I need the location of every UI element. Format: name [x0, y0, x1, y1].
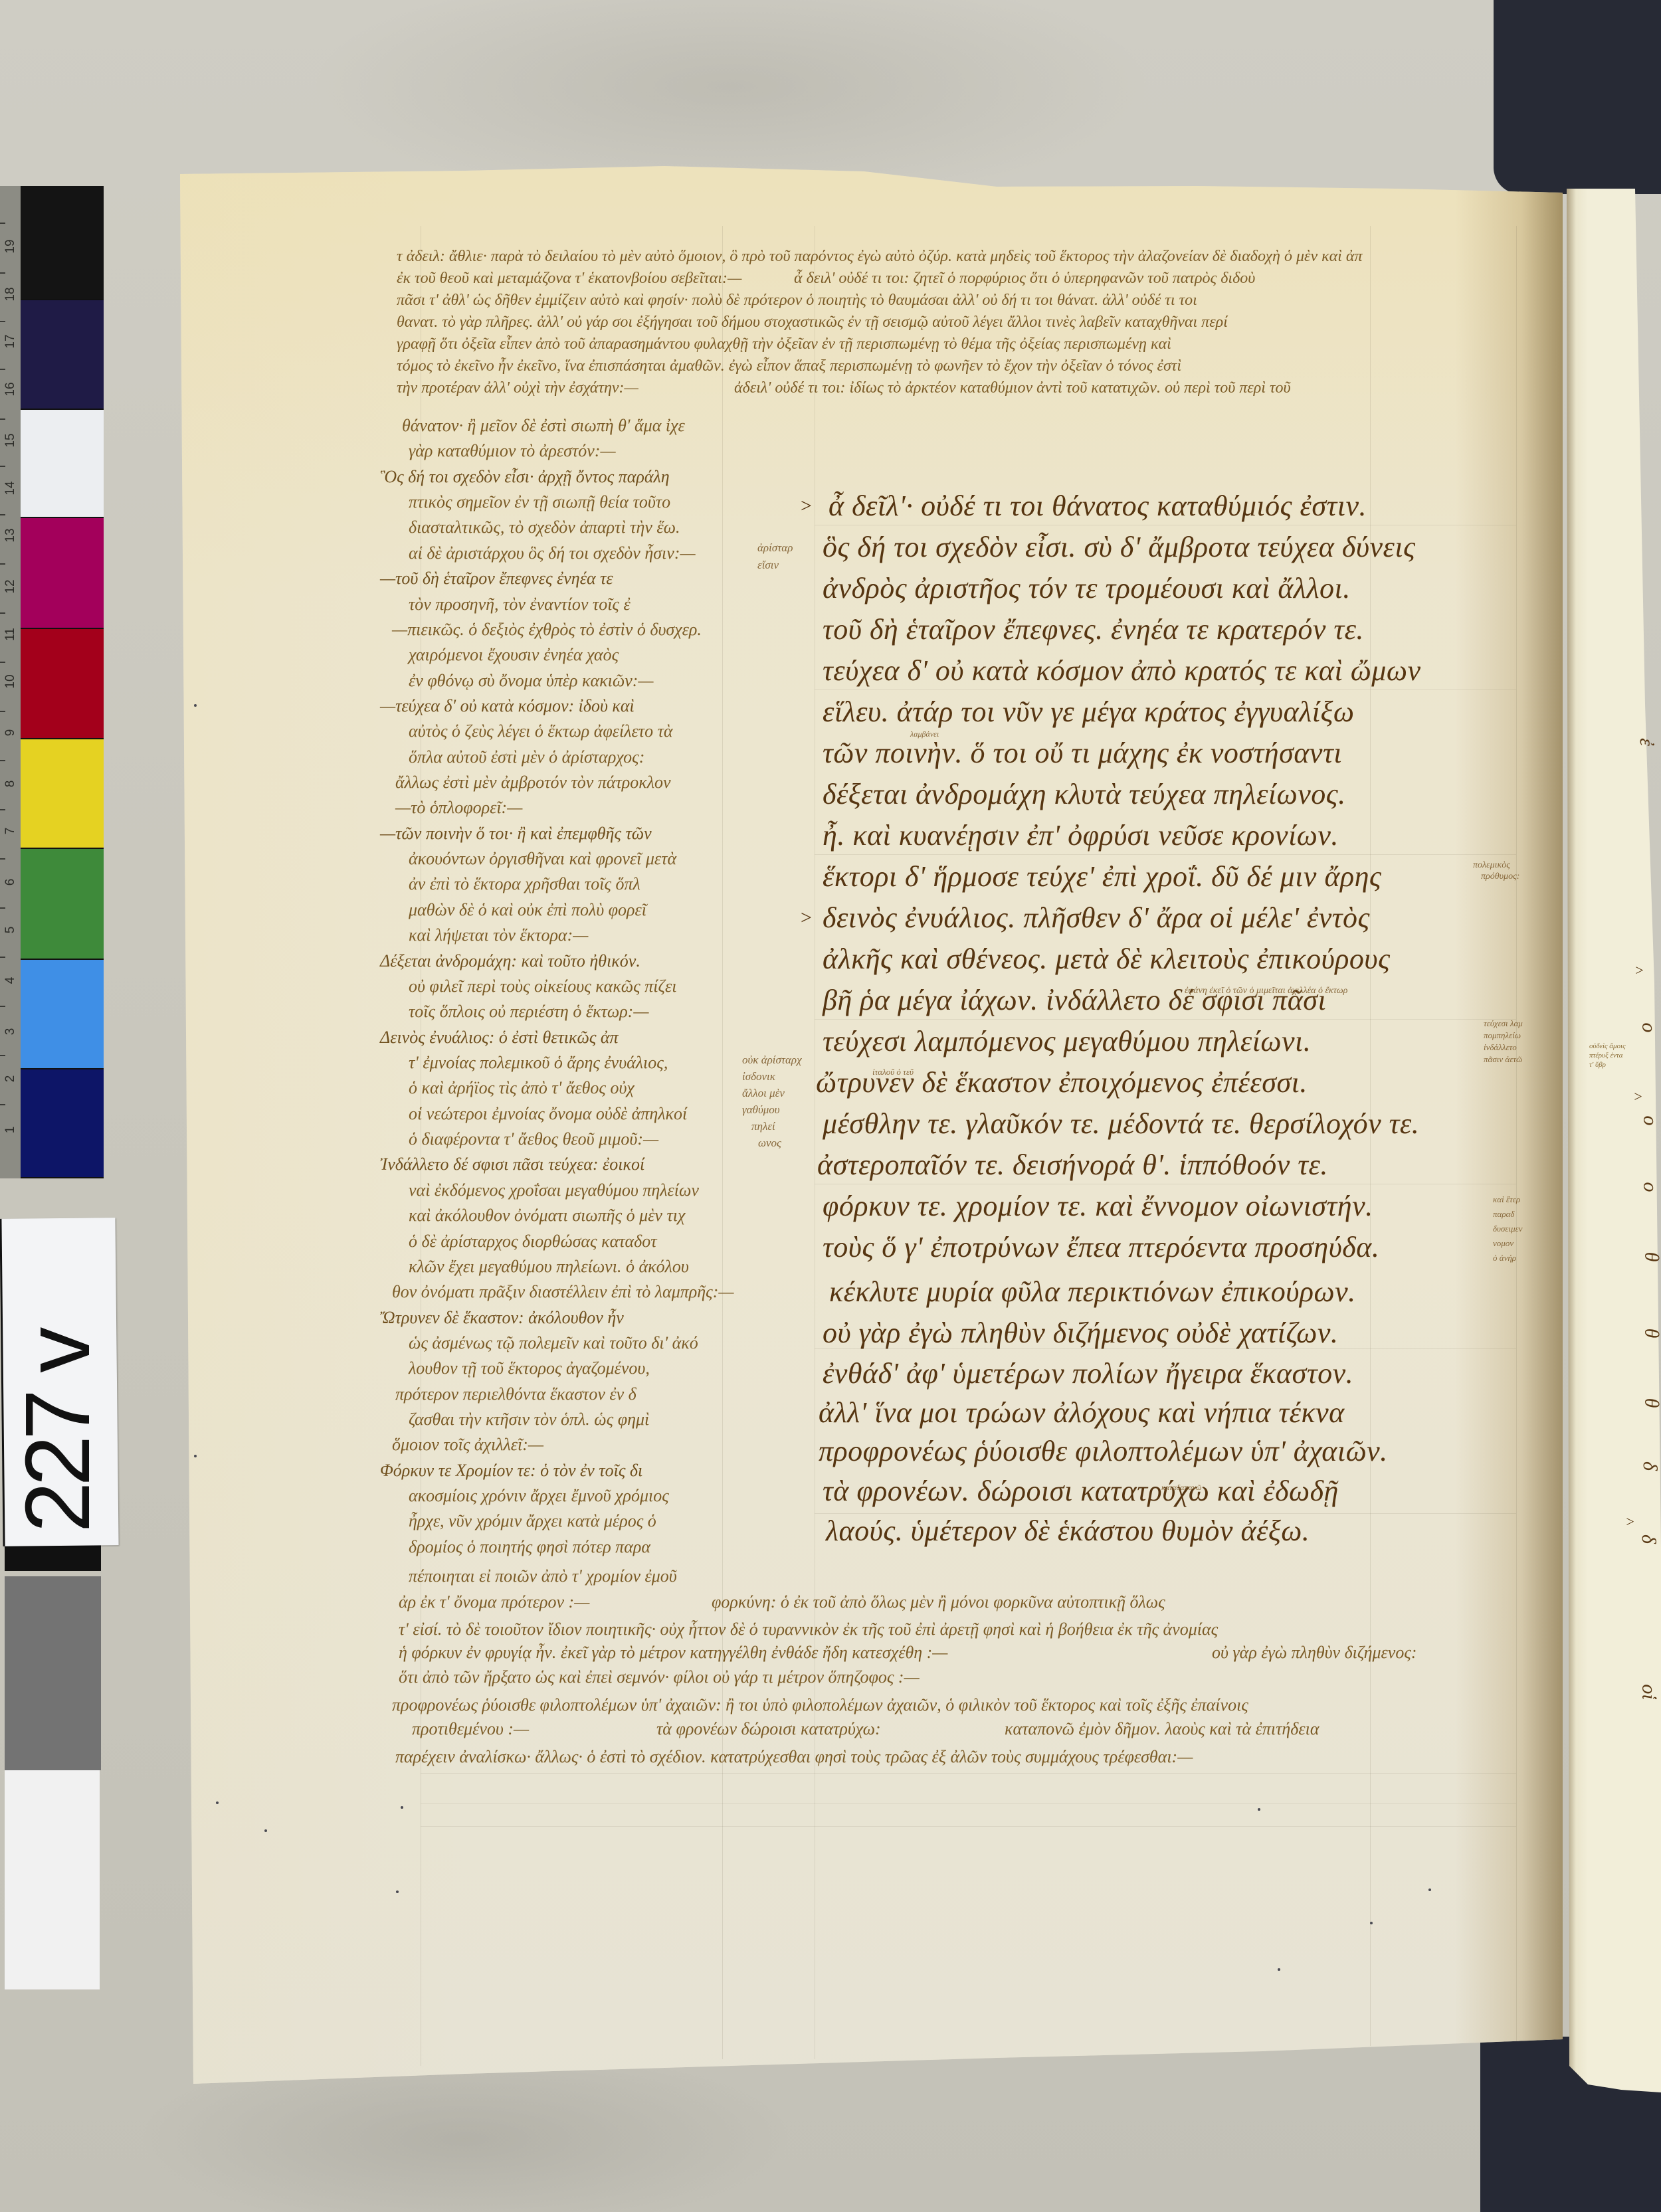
verse-line: μέσθλην τε. γλαῦκόν τε. μέδοντά τε. θερσ… [823, 1107, 1419, 1141]
scholia-line: αἱ δὲ ἀριστάρχου ὃς δή τοι σχεδὸν ἧσιν:— [372, 541, 733, 566]
interlinear-gloss: λαμβάνει [910, 729, 939, 739]
scholia-line: ὁ δὲ ἀρίσταρχος διορθώσας καταδοτ [372, 1229, 733, 1254]
scholia-lemma: —τεύχεα δ' οὐ κατὰ κόσμον: ἰδοὺ καὶ [372, 693, 733, 719]
next-leaf-marker: > [1634, 962, 1644, 979]
ruling-line [815, 525, 1516, 525]
scholia-line: —τὸ ὁπλοφορεῖ:— [372, 795, 733, 820]
ruler-number: 16 [4, 375, 17, 404]
ruler-number: 13 [4, 521, 17, 550]
pricking-dot [264, 1829, 267, 1832]
verse-line: τεύχεσι λαμπόμενος μεγαθύμου πηλείωνι. [823, 1025, 1311, 1058]
verse-line: ἀλλ' ἵνα μοι τρώων ἀλόχους καὶ νήπια τέκ… [819, 1396, 1345, 1429]
ruling-line [815, 226, 815, 2059]
gloss-line: πομπηλείω [1484, 1030, 1523, 1042]
ruling-line [1516, 226, 1517, 2046]
verse-line: τοῦ δὴ ἑταῖρον ἔπεφνες. ἐνηέα τε κρατερό… [823, 613, 1364, 646]
pricking-dot [194, 1455, 197, 1457]
next-leaf-fragment: οἱ [1638, 1684, 1660, 1699]
scholia-lemma: ἀδειλ' οὐδέ τι τοι: ἰδίως τὸ ἀρκτέον κατ… [734, 377, 1291, 399]
scholia-line: καὶ λήψεται τὸν ἕκτορα:— [372, 923, 733, 948]
scholia-lemma: τὰ φρονέων δώροισι κατατρύχω: [656, 1718, 881, 1740]
pricking-dot [1370, 1922, 1373, 1924]
verse-line: ἐνθάδ' ἀφ' ὑμετέρων πολίων ἤγειρα ἕκαστο… [823, 1357, 1353, 1390]
verse-line: ἕκτορι δ' ἥρμοσε τεύχε' ἐπὶ χροΐ. δῦ δέ … [823, 860, 1381, 893]
next-leaf-fragment: θ [1640, 1252, 1661, 1262]
ruler-number: 5 [4, 915, 17, 945]
gray-card-black-band [5, 1543, 101, 1571]
verse-line: οὐ γὰρ ἐγὼ πληθὺν διζήμενος οὐδὲ χατίζων… [823, 1317, 1338, 1350]
ruler-tick [0, 466, 5, 467]
scholia-line: τὴν προτέραν ἀλλ' οὐχὶ τὴν ἐσχάτην:—ἀδει… [397, 377, 1363, 399]
ruler-number: 1 [4, 1115, 17, 1145]
ruler-number: 14 [4, 474, 17, 503]
ruler-number: 15 [4, 426, 17, 455]
scholia-line: οὐ φιλεῖ περὶ τοὺς οἰκείους κακῶς πίζει [372, 974, 733, 999]
patch-red [21, 629, 104, 739]
scholia-line: αὐτὸς ὁ ζεὺς λέγει ὁ ἕκτωρ ἀφείλετο τὰ [372, 719, 733, 744]
next-leaf-gloss: οὐδεὶς ἄμοις πτέρυξ ἐντα τ' ὕβρ [1589, 1042, 1626, 1069]
scholia-line: ἀρ ἐκ τ' ὄνομα πρότερον :— [399, 1591, 589, 1613]
verse-line: ἀστεροπαῖόν τε. δεισήνορά θ'. ἱππόθοόν τ… [817, 1149, 1328, 1182]
scholia-lemma: Ἰνδάλλετο δέ σφισι πᾶσι τεύχεα: ἐοικοί [372, 1152, 733, 1177]
ruler-number: 4 [4, 966, 17, 995]
scholia-text: γραφῇ ὅτι ὀξεῖα εἶπεν ἀπὸ τοῦ ἀπαρασημάν… [397, 335, 1171, 353]
ruling-line [421, 1826, 1516, 1827]
gloss-line: τ' ὕβρ [1589, 1060, 1626, 1069]
ruler-tick [0, 907, 5, 909]
scholia-line: ὅπλα αὐτοῦ ἐστὶ μὲν ὁ ἀρίσταρχος: [372, 745, 733, 770]
line-marker: > [801, 901, 812, 935]
scholia-line: ἀν ἐπὶ τὸ ἕκτορα χρῆσθαι τοῖς ὅπλ [372, 872, 733, 897]
scholia-line: ὁ διαφέροντα τ' ἄεθος θεοῦ μιμοῦ:— [372, 1127, 733, 1152]
verse-line: δεινὸς ἐνυάλιος. πλῆσθεν δ' ἄρα οἱ μέλε'… [823, 901, 1370, 935]
ruler-number: 9 [4, 718, 17, 747]
scholia-line: ζασθαι τὴν κτῆσιν τὸν ὁπλ. ὡς φημὶ [372, 1407, 733, 1432]
gloss-line: ἀρίσταρ [757, 539, 793, 557]
gloss-line: πᾶσιν ἀετῶ [1484, 1054, 1523, 1065]
ruler-tick [0, 1006, 5, 1007]
ruler-tick [0, 662, 5, 663]
scholia-line: —πιεικῶς. ὁ δεξιὸς ἐχθρὸς τὸ ἐστὶν ὁ δυσ… [372, 617, 733, 642]
ruler-number: 11 [4, 620, 17, 649]
next-leaf-marker: > [1625, 1513, 1635, 1530]
next-leaf-fragment: ο [1638, 1023, 1660, 1033]
ruler-number: 10 [4, 667, 17, 696]
verse-line: ἀλκῆς καὶ σθένεος. μετὰ δὲ κλειτοὺς ἐπικ… [823, 943, 1390, 976]
scholia-lemma: φορκύνη: ὁ ἐκ τοῦ ἀπὸ ὅλως μὲν ἢ μόνοι φ… [712, 1591, 1165, 1613]
ruler-number: 19 [4, 232, 17, 261]
next-leaf-fragment: ἐ [1635, 738, 1658, 746]
scholia-line: τ ἀδειλ: ἄθλιε· παρὰ τὸ δειλαίου τὸ μὲν … [397, 246, 1363, 268]
interlinear-gloss: καταδαπανῶ [1161, 1483, 1202, 1493]
scholia-line: μαθὼν δὲ ὁ καὶ οὐκ ἐπὶ πολὺ φορεῖ [372, 897, 733, 923]
right-margin-gloss: καὶ ἕτερ παραδ δυσειμεν νομον ὁ ἀνήρ [1493, 1192, 1523, 1265]
scholia-lemma: —τοῦ δὴ ἑταῖρον ἔπεφνες ἐνηέα τε [372, 566, 733, 591]
ruler-tick [0, 1104, 5, 1105]
scholia-line: ἐν φθόνῳ σὺ ὄνομα ὑπὲρ κακιῶν:— [372, 668, 733, 693]
verse-line: τοὺς ὅ γ' ἐποτρύνων ἔπεα πτερόεντα προση… [823, 1231, 1379, 1264]
gloss-line: πηλεί [742, 1118, 802, 1135]
verse-line: κέκλυτε μυρία φῦλα περικτιόνων ἐπικούρων… [829, 1275, 1356, 1309]
scholia-line: λουθον τῇ τοῦ ἕκτορος ἀγαζομένου, [372, 1356, 733, 1381]
scholia-line: τόμος τὸ ἐκεῖνο ἦν ἐκεῖνο, ἵνα ἐπισπάσητ… [397, 355, 1363, 377]
ruler-tick [0, 563, 5, 565]
ruling-line [815, 690, 1516, 690]
gloss-line: δυσειμεν [1493, 1222, 1523, 1236]
scholia-line: πτικὸς σημεῖον ἐν τῇ σιωπῇ θεία τοῦτο [372, 490, 733, 515]
scholia-line: χαιρόμενοι ἔχουσιν ἐνηέα χαὸς [372, 642, 733, 668]
ruling-line [815, 1513, 1516, 1514]
scholia-line: καταπονῶ ἐμὸν δῆμον. λαοὺς καὶ τὰ ἐπιτήδ… [1005, 1718, 1319, 1740]
ruler-tick [0, 418, 5, 420]
patch-black [21, 186, 104, 300]
scholia-line: ἐκ τοῦ θεοῦ καὶ μεταμάζονα τ' ἑκατονβοίο… [397, 268, 1363, 290]
verse-line: δέξεται ἀνδρομάχη κλυτὰ τεύχεα πηλείωνος… [823, 778, 1346, 811]
patch-light-blue [21, 960, 104, 1069]
patch-navy [21, 300, 104, 410]
ruler-number: 7 [4, 816, 17, 846]
interlinear-gloss: ἐφάνη ἐκεῖ ὁ τῶν ὁ μιμεῖται ἀχιλλέα ὁ ἕκ… [1185, 986, 1347, 996]
left-margin-scholia: θάνατον· ἢ μεῖον δὲ ἐστὶ σιωπὴ θ' ἅμα ἰχ… [372, 413, 733, 1560]
right-margin-gloss: πολεμικὸς πρόθυμος: [1473, 860, 1519, 882]
scholia-line: ἦρχε, νῦν χρόμιν ἄρχει κατὰ μέρος ὁ [372, 1509, 733, 1534]
scholia-lemma: προφρονέως ῥύοισθε φιλοπτολέμων ὑπ' ἀχαι… [392, 1694, 1248, 1716]
ruler-number: 18 [4, 280, 17, 309]
ruler-number: 8 [4, 769, 17, 798]
gloss-line: πολεμικὸς [1473, 860, 1519, 871]
pricking-dot [396, 1890, 399, 1893]
pricking-dot [1428, 1889, 1431, 1891]
right-margin-gloss: τεύχεσι λαμ πομπηλείω ἰνδάλλετο πᾶσιν ἀε… [1484, 1018, 1523, 1065]
interlinear-gloss: ἰταλοῦ ὁ τεῦ [872, 1067, 914, 1077]
next-leaf-marker: > [1633, 1088, 1643, 1105]
ruling-line [815, 854, 1516, 855]
gray-card-white [5, 1770, 100, 1989]
patch-yellow [21, 739, 104, 849]
patch-dark-blue [21, 1069, 104, 1178]
ruler-tick [0, 760, 5, 761]
scholia-line: ἄλλως ἐστὶ μὲν ἀμβροτόν τὸν πάτροκλον [372, 770, 733, 795]
ruler-tick [0, 858, 5, 860]
pricking-dot [1258, 1808, 1260, 1811]
scholia-line: πέποιηται εἰ ποιῶν ἀπὸ τ' χρομίον ἐμοῦ [409, 1565, 677, 1587]
ruler-number: 17 [4, 327, 17, 356]
gloss-line: πρόθυμος: [1473, 871, 1519, 882]
gloss-line: ἰνδάλλετο [1484, 1042, 1523, 1054]
dark-cloth-top [1494, 0, 1661, 194]
scholia-line: ἀκουόντων ὀργισθῆναι καὶ φρονεῖ μετὰ [372, 846, 733, 872]
ruler-number: 2 [4, 1064, 17, 1093]
scholia-line: ὅμοιον τοῖς ἀχιλλεῖ:— [372, 1432, 733, 1457]
patch-white [21, 410, 104, 518]
verse-line: ἦ. καὶ κυανέῃσιν ἐπ' ὀφρύσι νεῦσε κρονίω… [823, 819, 1339, 852]
scholia-line: τὸν προσηνῆ, τὸν ἐναντίον τοῖς ἐ [372, 592, 733, 617]
verse-line: λαούς. ὑμέτερον δὲ ἑκάστου θυμὸν ἀέξω. [826, 1515, 1310, 1548]
ruler-tick [0, 321, 5, 322]
scholia-line: τ' εἰσί. τὸ δὲ τοιοῦτον ἴδιον ποιητικῆς·… [399, 1618, 1218, 1640]
scholia-lemma: Δεινὸς ἐνυάλιος: ὁ ἐστὶ θετικῶς ἀπ [372, 1025, 733, 1050]
verse-line: φόρκυν τε. χρομίον τε. καὶ ἔννομον οἰωνι… [823, 1190, 1373, 1223]
scholia-line: θάνατον· ἢ μεῖον δὲ ἐστὶ σιωπὴ θ' ἅμα ἰχ… [372, 413, 733, 438]
ruler-number: 12 [4, 572, 17, 601]
scholia-lemma: Φόρκυν τε Χρομίον τε: ὁ τὸν ἐν τοῖς δι [372, 1458, 733, 1483]
scholia-text: θανατ. τὸ γὰρ πλῆρες. ἀλλ' οὐ γάρ σοι ἐξ… [397, 314, 1228, 331]
patch-magenta [21, 518, 104, 629]
gloss-line: γαθύμου [742, 1101, 802, 1118]
scholia-lemma: ἆ δειλ' οὐδέ τι τοι: ζητεῖ ὁ πορφύριος ὅ… [794, 268, 1255, 290]
ruling-line [815, 1019, 1516, 1020]
scholia-line: θον ὀνόματι πρᾶξιν διαστέλλειν ἐπὶ τὸ λα… [372, 1279, 733, 1305]
margin-gloss-variant: οὐκ ἀρίσταρχ ἰσδονικ ἄλλοι μὲν γαθύμου π… [742, 1052, 802, 1151]
next-leaf-fragment: θ [1640, 1329, 1661, 1338]
pricking-dot [194, 704, 197, 707]
gray-card-mid-gray [5, 1576, 101, 1770]
verse-line: τὰ φρονέων. δώροισι κατατρύχω καὶ ἐδωδῇ [823, 1475, 1339, 1508]
gloss-line: οὐκ ἀρίσταρχ [742, 1052, 802, 1068]
verse-line: τεύχεα δ' οὐ κατὰ κόσμον ἀπὸ κρατός τε κ… [823, 654, 1420, 688]
scholia-text: πᾶσι τ' ἀθλ' ὡς δῆθεν ἐμμίζειν αὐτὸ καὶ … [397, 292, 1197, 309]
verse-line: ἆ δεῖλ'· οὐδέ τι τοι θάνατος καταθύμιός … [829, 490, 1367, 523]
verse-line: τῶν ποινὴν. ὅ τοι οὔ τι μάχης ἐκ νοστήσα… [823, 737, 1342, 770]
ruler-number: 3 [4, 1017, 17, 1046]
ruler-tick [0, 369, 5, 370]
ruler-tick [0, 809, 5, 810]
ruler-tick [0, 711, 5, 712]
scholia-line: τοῖς ὅπλοις οὐ περιέστη ὁ ἕκτωρ:— [372, 999, 733, 1024]
scholia-line: ὅτι ἀπὸ τῶν ἤρξατο ὡς καὶ ἐπεὶ σεμνόν· φ… [399, 1666, 920, 1688]
ruler-number: 6 [4, 868, 17, 897]
scholia-lemma: Ὤτρυνεν δὲ ἕκαστον: ἀκόλουθον ἦν [372, 1305, 733, 1331]
patch-green [21, 849, 104, 960]
scholia-line: οἱ νεώτεροι ἐμνοίας ὄνομα οὐδὲ ἀπηλκοί [372, 1101, 733, 1127]
scholia-text: τόμος τὸ ἐκεῖνο ἦν ἐκεῖνο, ἵνα ἐπισπάσητ… [397, 357, 1181, 375]
scholia-lemma: Δέξεται ἀνδρομάχη: καὶ τοῦτο ἠθικόν. [372, 949, 733, 974]
pricking-dot [1278, 1968, 1280, 1971]
scholia-line: ὡς ἀσμένως τῷ πολεμεῖν καὶ τοῦτο δι' ἀκό [372, 1331, 733, 1356]
ruling-line [421, 1773, 1516, 1774]
next-leaf-fragment: δ [1638, 1461, 1661, 1471]
scholia-text: τὴν προτέραν ἀλλ' οὐχὶ τὴν ἐσχάτην:— [397, 379, 638, 397]
margin-gloss-aristarchus: ἀρίσταρ εἴσιν [757, 539, 793, 574]
next-leaf-fragment: θ [1640, 1398, 1661, 1408]
verse-line: εἵλευ. ἀτάρ τοι νῦν γε μέγα κράτος ἐγγυα… [823, 695, 1354, 729]
pricking-dot [401, 1806, 403, 1809]
scholia-line: δρομίος ὁ ποιητής φησὶ πότερ παρα [372, 1534, 733, 1560]
gloss-line: οὐδεὶς ἄμοις [1589, 1042, 1626, 1051]
scholia-line: διασταλτικῶς, τὸ σχεδὸν ἀπαρτὶ τὴν ἕω. [372, 515, 733, 540]
gloss-line: νομον [1493, 1236, 1523, 1251]
cm-ruler: 19 18 17 16 15 14 13 12 11 10 9 8 7 6 5 … [0, 186, 21, 1178]
next-leaf-fragment: ο [1639, 1182, 1661, 1192]
scholia-line: τ' ἐμνοίας πολεμικοῦ ὁ ἄρης ἐνυάλιος, [372, 1050, 733, 1075]
pricking-dot [216, 1801, 219, 1804]
gloss-line: παραδ [1493, 1207, 1523, 1222]
top-scholia: τ ἀδειλ: ἄθλιε· παρὰ τὸ δειλαίου τὸ μὲν … [397, 246, 1363, 399]
verse-line: προφρονέως ῥύοισθε φιλοπτολέμων ὑπ' ἀχαι… [819, 1435, 1388, 1468]
gloss-line: τεύχεσι λαμ [1484, 1018, 1523, 1030]
scholia-lemma: Ὃς δή τοι σχεδὸν εἶσι· ἀρχῇ ὄντος παράλη [372, 464, 733, 490]
ruler-tick [0, 957, 5, 958]
gloss-line: ωνος [742, 1135, 802, 1151]
next-leaf-fragment: δ [1637, 1534, 1660, 1544]
scholia-lemma: οὐ γὰρ ἐγὼ πληθὺν διζήμενος: [1212, 1641, 1417, 1663]
gloss-line: ὁ ἀνήρ [1493, 1251, 1523, 1265]
ruling-line [815, 1184, 1516, 1184]
scholia-line: ἡ φόρκυν ἐν φρυγίᾳ ἦν. ἐκεῖ γὰρ τὸ μέτρο… [399, 1641, 947, 1663]
line-marker: > [801, 490, 812, 523]
scholia-line: πρότερον περιελθόντα ἕκαστον ἐν δ [372, 1382, 733, 1407]
scholia-text: τ ἀδειλ: ἄθλιε· παρὰ τὸ δειλαίου τὸ μὲν … [397, 248, 1363, 265]
verse-line: ὃς δή τοι σχεδὸν εἶσι. σὺ δ' ἄμβροτα τεύ… [823, 531, 1415, 564]
ruler-tick [0, 1055, 5, 1056]
scholia-line: κλῶν ἔχει μεγαθύμου πηλείωνι. ὁ ἀκόλου [372, 1254, 733, 1279]
scholia-line: θανατ. τὸ γὰρ πλῆρες. ἀλλ' οὐ γάρ σοι ἐξ… [397, 312, 1363, 333]
gloss-line: ἄλλοι μὲν [742, 1085, 802, 1101]
ruler-tick [0, 272, 5, 274]
scholia-line: ναὶ ἐκδόμενος χροΐσαι μεγαθύμου πηλείων [372, 1178, 733, 1203]
scholia-line: προτιθεμένου :— [412, 1718, 529, 1740]
scholia-line: πᾶσι τ' ἀθλ' ὡς δῆθεν ἐμμίζειν αὐτὸ καὶ … [397, 290, 1363, 312]
gloss-line: πτέρυξ ἐντα [1589, 1051, 1626, 1060]
scholia-line: γραφῇ ὅτι ὀξεῖα εἶπεν ἀπὸ τοῦ ἀπαρασημάν… [397, 333, 1363, 355]
scholia-line: γὰρ καταθύμιον τὸ ἀρεστόν:— [372, 438, 733, 464]
scholia-line: παρέχειν ἀναλίσκω· ἄλλως· ὁ ἐστὶ τὸ σχέδ… [395, 1746, 1193, 1768]
ruler-tick [0, 514, 5, 515]
scholia-line: ὁ καὶ ἀρήϊος τὶς ἀπὸ τ' ἄεθος οὐχ [372, 1075, 733, 1101]
ruler-tick [0, 223, 5, 224]
gray-card [5, 1543, 101, 1989]
gloss-line: εἴσιν [757, 557, 793, 574]
scholia-line: καὶ ἀκόλουθον ὀνόματι σιωπῆς ὁ μὲν τιχ [372, 1203, 733, 1228]
ruler-tick [0, 612, 5, 614]
next-leaf-fragment: ο [1639, 1116, 1661, 1126]
scholia-text: ἐκ τοῦ θεοῦ καὶ μεταμάζονα τ' ἑκατονβοίο… [397, 270, 741, 287]
scholia-line: ακοσμίοις χρόνιν ἄρχει ἔμνοῦ χρόμιος [372, 1483, 733, 1509]
verse-line: ἀνδρὸς ἀριστῆος τόν τε τρομέουσι καὶ ἄλλ… [823, 572, 1351, 605]
color-checker: 19 18 17 16 15 14 13 12 11 10 9 8 7 6 5 … [0, 186, 105, 1178]
gloss-line: καὶ ἕτερ [1493, 1192, 1523, 1207]
folio-number: 227 v [18, 1323, 98, 1542]
ruling-line [421, 1803, 1516, 1803]
gloss-line: ἰσδονικ [742, 1068, 802, 1085]
scholia-lemma: —τῶν ποινὴν ὅ τοι· ἢ καὶ ἐπεμφθῆς τῶν [372, 821, 733, 846]
